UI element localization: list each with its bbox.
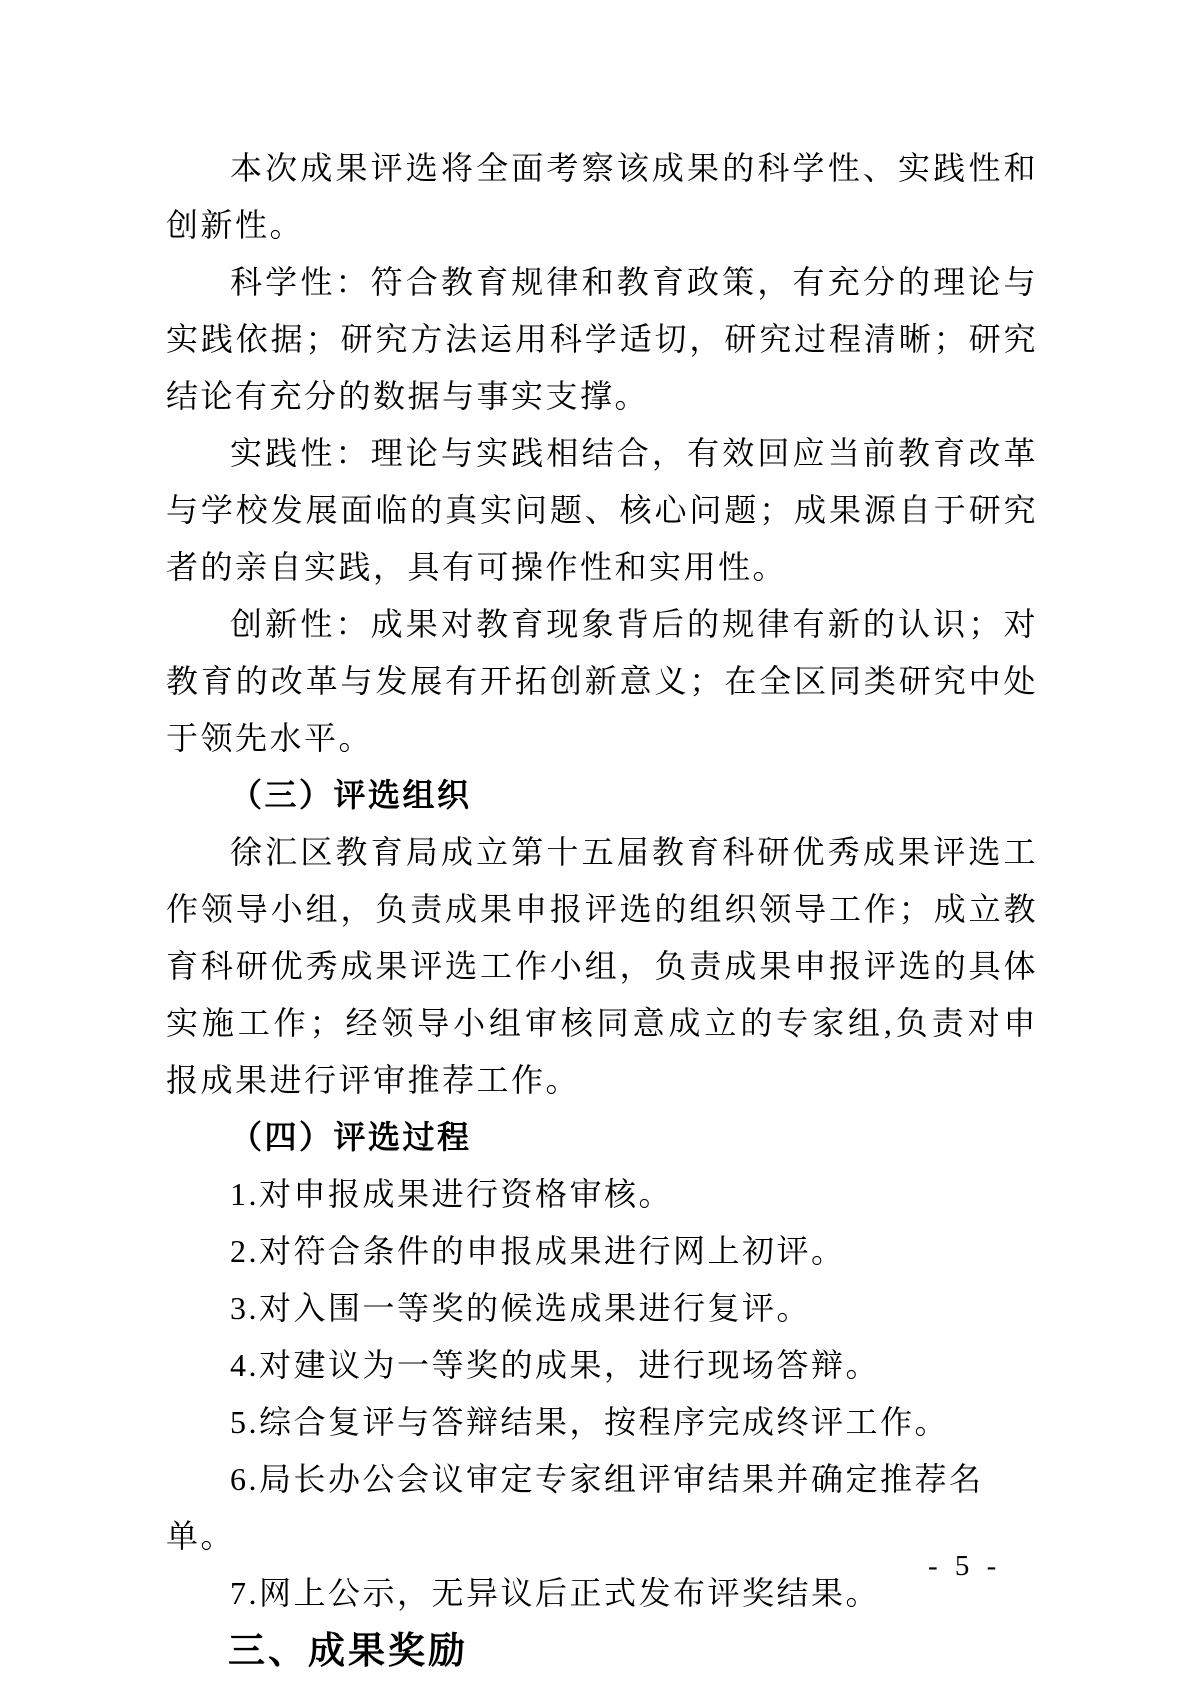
document-body: 本次成果评选将全面考察该成果的科学性、实践性和创新性。 科学性：符合教育规律和教… [166, 140, 1038, 1679]
list-item-1: 1.对申报成果进行资格审核。 [166, 1166, 1038, 1223]
list-item-3: 3.对入围一等奖的候选成果进行复评。 [166, 1280, 1038, 1337]
list-item-6: 6.局长办公会议审定专家组评审结果并确定推荐名单。 [166, 1451, 1038, 1565]
document-page: 本次成果评选将全面考察该成果的科学性、实践性和创新性。 科学性：符合教育规律和教… [0, 0, 1190, 1683]
list-item-7: 7.网上公示，无异议后正式发布评奖结果。 [166, 1565, 1038, 1622]
page-number: - 5 - [928, 1550, 1001, 1583]
section-heading-process: （四）评选过程 [166, 1109, 1038, 1166]
list-item-4: 4.对建议为一等奖的成果，进行现场答辩。 [166, 1337, 1038, 1394]
section-heading-organization: （三）评选组织 [166, 767, 1038, 824]
paragraph-overview: 本次成果评选将全面考察该成果的科学性、实践性和创新性。 [166, 140, 1038, 254]
paragraph-practical: 实践性：理论与实践相结合，有效回应当前教育改革与学校发展面临的真实问题、核心问题… [166, 425, 1038, 596]
list-item-2: 2.对符合条件的申报成果进行网上初评。 [166, 1223, 1038, 1280]
chapter-heading-rewards: 三、成果奖励 [166, 1622, 1038, 1679]
paragraph-organization: 徐汇区教育局成立第十五届教育科研优秀成果评选工作领导小组，负责成果申报评选的组织… [166, 824, 1038, 1109]
paragraph-scientific: 科学性：符合教育规律和教育政策，有充分的理论与实践依据；研究方法运用科学适切，研… [166, 254, 1038, 425]
list-item-5: 5.综合复评与答辩结果，按程序完成终评工作。 [166, 1394, 1038, 1451]
paragraph-innovative: 创新性：成果对教育现象背后的规律有新的认识；对教育的改革与发展有开拓创新意义；在… [166, 596, 1038, 767]
